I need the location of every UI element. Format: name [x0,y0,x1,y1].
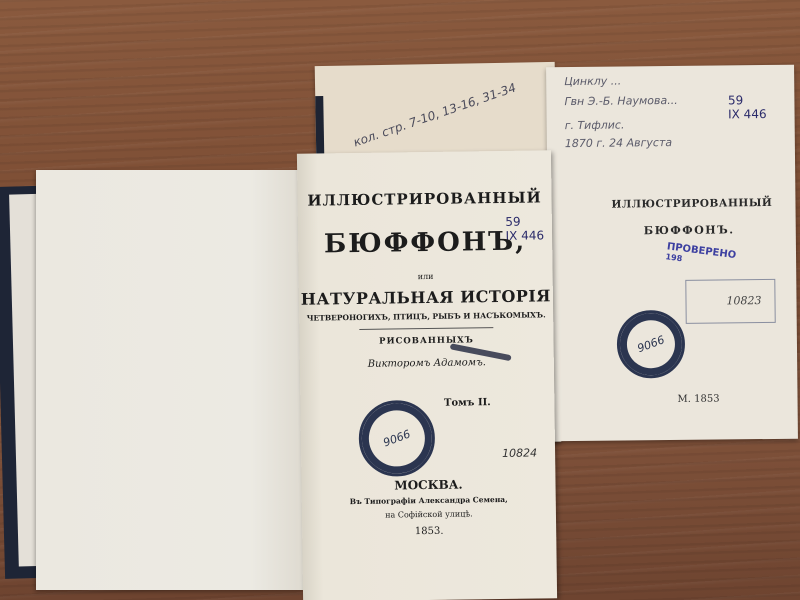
title-line-1: ИЛЛЮСТРИРОВАННЫЙ [611,197,772,211]
shelf-code-bottom: IX 446 [728,107,767,121]
handwritten-note: кол. стр. 7-10, 13-16, 31-34 [352,81,518,150]
shelf-code-top: 59 [728,93,767,107]
inventory-number: 10823 [726,294,761,307]
pencil-inscription-2: Гвн Э.-Б. Наумова... [564,94,677,108]
title-line-1: ИЛЛЮСТРИРОВАННЫЙ [297,188,551,210]
blank-left-page [36,170,304,590]
title-line-2: БЮФФОНЪ. [644,223,735,237]
open-book-title-page: ИЛЛЮСТРИРОВАННЫЙ 59 IX 446 БЮФФОНЪ, или … [297,150,557,600]
subtitle: ЧЕТВЕРОНОГИХЪ, ПТИЦЪ, РЫБЪ И НАСЪКОМЫХЪ. [299,310,553,323]
conjunction: или [299,270,553,283]
pencil-inscription-1: Цинклу ... [564,75,621,89]
inventory-box-stamp: 10823 [685,279,775,324]
drawn-label: РИСОВАННЫХЪ [299,334,553,348]
publisher: Въ Типографіи Александра Семена, [302,494,556,507]
pencil-inscription-3: г. Тифлис. [565,118,625,132]
title-line-3: НАТУРАЛЬНАЯ ИСТОРІЯ [299,286,553,309]
shelf-code: 59 IX 446 [728,93,767,121]
right-book-title-page: Цинклу ... Гвн Э.-Б. Наумова... г. Тифли… [546,65,798,442]
shelfmark: М. 1853 [677,394,719,405]
city: МОСКВА. [301,476,555,494]
divider-rule [359,327,493,330]
title-line-2: БЮФФОНЪ, [298,226,552,260]
publication-year: 1853. [302,524,556,539]
pencil-inscription-4: 1870 г. 24 Августа [565,136,672,150]
author: Викторомъ Адамомъ. [300,356,554,371]
round-library-stamp: 9066 [617,310,686,379]
street: на Софійской улицѣ. [302,508,556,521]
round-library-stamp: 9066 [358,400,435,477]
checked-stamp: ПРОВЕРЕНО 198 [665,241,737,270]
round-stamp-number: 9066 [636,333,667,355]
round-stamp-number: 9066 [381,427,412,449]
inventory-number: 10824 [502,446,537,459]
